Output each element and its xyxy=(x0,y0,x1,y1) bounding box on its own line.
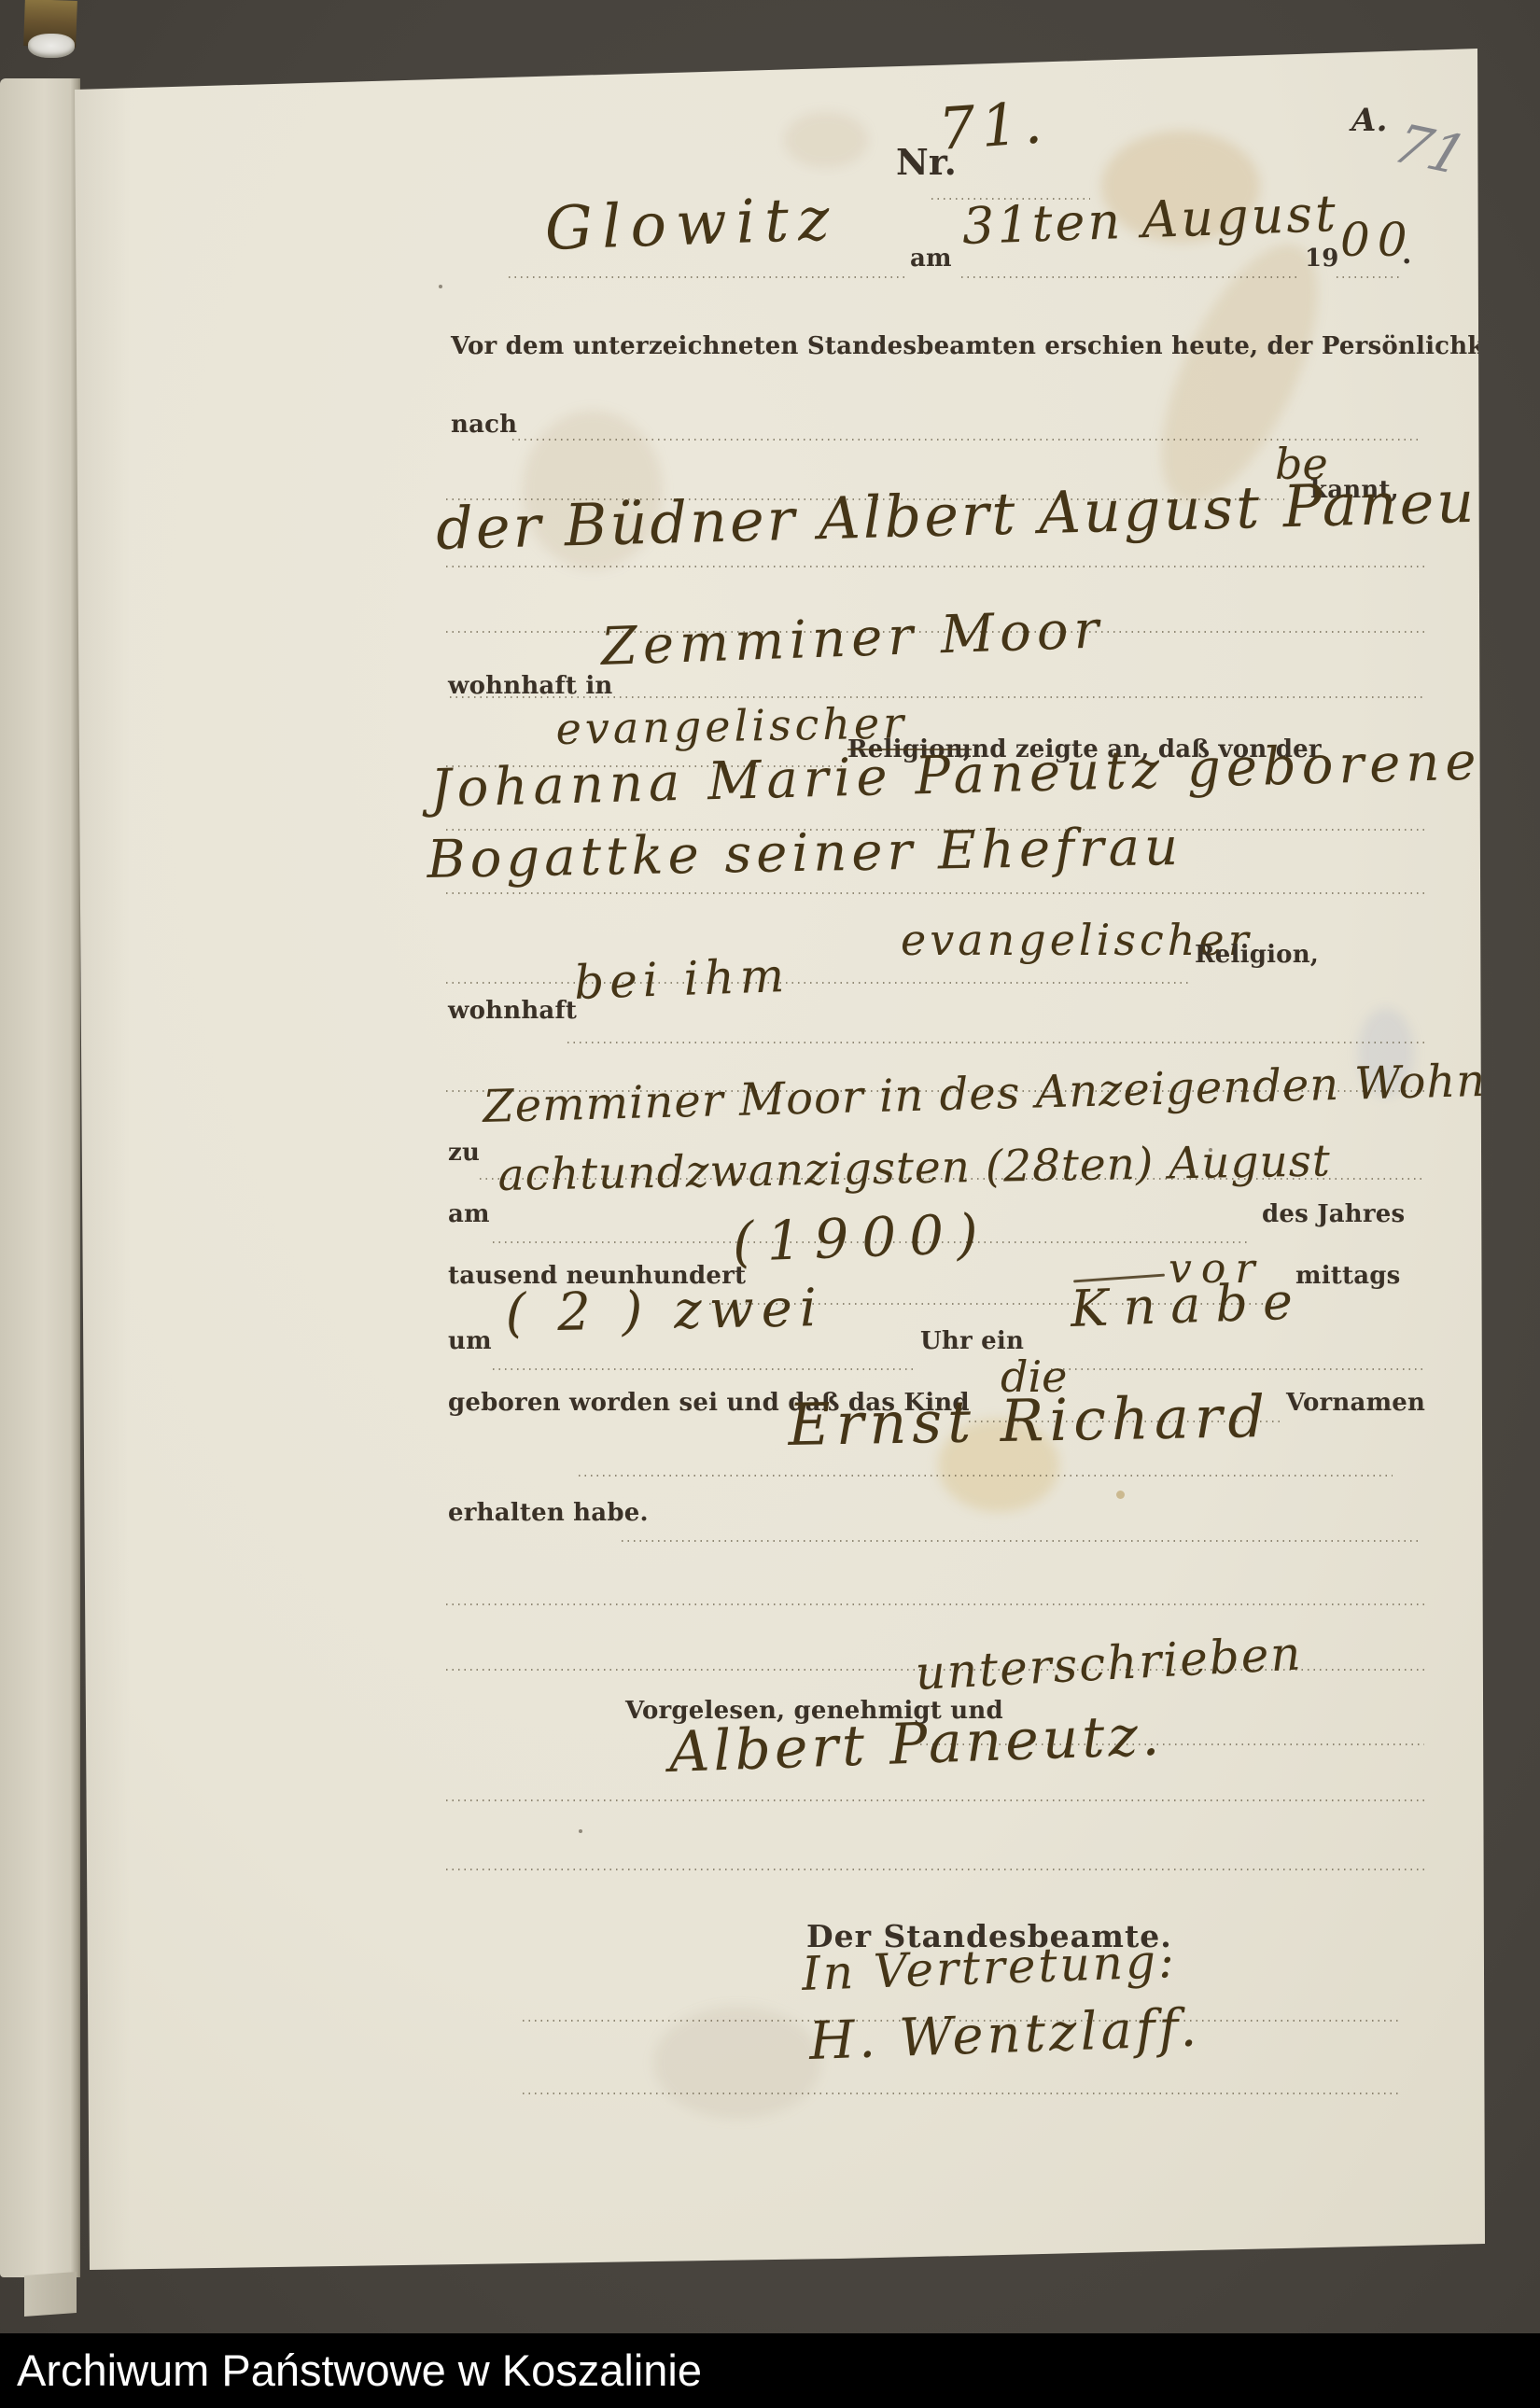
given-names-handwritten: Ernst Richard xyxy=(788,1388,1271,1454)
dotted-line xyxy=(1337,276,1400,278)
residence-label: wohnhaft in xyxy=(448,674,613,698)
paper-speck xyxy=(439,285,442,288)
vornamen-printed: Vornamen xyxy=(1286,1391,1425,1415)
am2-label: am xyxy=(448,1202,490,1226)
dotted-line xyxy=(567,1042,1424,1043)
underlying-page-corner xyxy=(24,2272,77,2317)
dotted-line xyxy=(446,1799,1424,1801)
archive-watermark-text: Archiwum Państwowe w Koszalinie xyxy=(17,2343,702,2399)
dotted-line xyxy=(579,1475,1393,1477)
dotted-line xyxy=(961,276,1297,278)
binding-stitching xyxy=(28,34,75,58)
dotted-line xyxy=(450,696,1424,698)
dotted-line xyxy=(523,2093,1400,2094)
paper-stain xyxy=(784,112,868,168)
deputy-handwritten: In Vertretung: xyxy=(801,1938,1177,1997)
mother-maiden-handwritten: Bogattke seiner Ehefrau xyxy=(427,821,1183,887)
date-handwritten: 31ten August xyxy=(961,189,1338,252)
dotted-line xyxy=(509,276,908,278)
document-page: Nr. 71. A. 71 Glowitz am 31ten August 19… xyxy=(0,0,1540,2333)
hour-handwritten: ( 2 ) zwei xyxy=(505,1282,824,1340)
received-printed: erhalten habe. xyxy=(448,1501,649,1525)
paper-speck xyxy=(1116,1491,1125,1499)
declarant-signature: Albert Paneutz. xyxy=(668,1708,1164,1781)
registrar-signature-handwritten: H. Wentzlaff. xyxy=(808,2002,1201,2068)
am-label: am xyxy=(910,246,952,271)
underlying-page-edge xyxy=(0,78,80,2277)
dotted-line xyxy=(446,1869,1424,1870)
zu-label: zu xyxy=(448,1141,480,1165)
document-scan: Nr. 71. A. 71 Glowitz am 31ten August 19… xyxy=(0,0,1540,2408)
dotted-line xyxy=(446,892,1426,894)
mother-residence-label: wohnhaft xyxy=(448,999,577,1023)
date-period: . xyxy=(1402,241,1412,269)
corner-pencil-number: 71 xyxy=(1387,117,1473,182)
um-label: um xyxy=(448,1329,492,1353)
mother-residence-handwritten: bei ihm xyxy=(573,952,791,1006)
dotted-line xyxy=(622,1540,1422,1542)
dotted-line xyxy=(1051,1368,1426,1370)
des-jahres-printed: des Jahres xyxy=(1262,1202,1405,1226)
birthplace-handwritten: Zemminer Moor in des Anzeigenden Wohnung xyxy=(483,1056,1540,1129)
child-sex-handwritten: Knabe xyxy=(1070,1276,1309,1335)
dotted-line xyxy=(446,566,1426,567)
intro-line1: Vor dem unterzeichneten Standesbeamten e… xyxy=(451,334,1521,358)
mittags-printed: mittags xyxy=(1295,1264,1400,1288)
year-printed: 19 xyxy=(1305,246,1339,271)
year-figures-handwritten: (1900) xyxy=(732,1206,992,1269)
corner-letter: A. xyxy=(1351,105,1388,136)
intro-nach: nach xyxy=(451,413,517,437)
paper-stain xyxy=(653,2007,821,2119)
paper-speck xyxy=(579,1829,582,1833)
birthday-handwritten: achtundzwanzigsten (28ten) August xyxy=(497,1139,1331,1197)
mother-religion-printed: Religion, xyxy=(1195,943,1319,967)
uhr-ein-printed: Uhr ein xyxy=(920,1329,1024,1353)
dotted-line xyxy=(446,982,1189,984)
unterschrieben-handwritten: unterschrieben xyxy=(914,1630,1303,1697)
declarant-residence-handwritten: Zemminer Moor xyxy=(600,604,1105,674)
place-handwritten: Glowitz xyxy=(544,189,840,259)
dotted-line xyxy=(493,1368,915,1370)
dotted-line xyxy=(446,1603,1424,1605)
archive-watermark-bar: Archiwum Państwowe w Koszalinie xyxy=(0,2333,1540,2408)
record-number-value: 71. xyxy=(937,93,1050,159)
